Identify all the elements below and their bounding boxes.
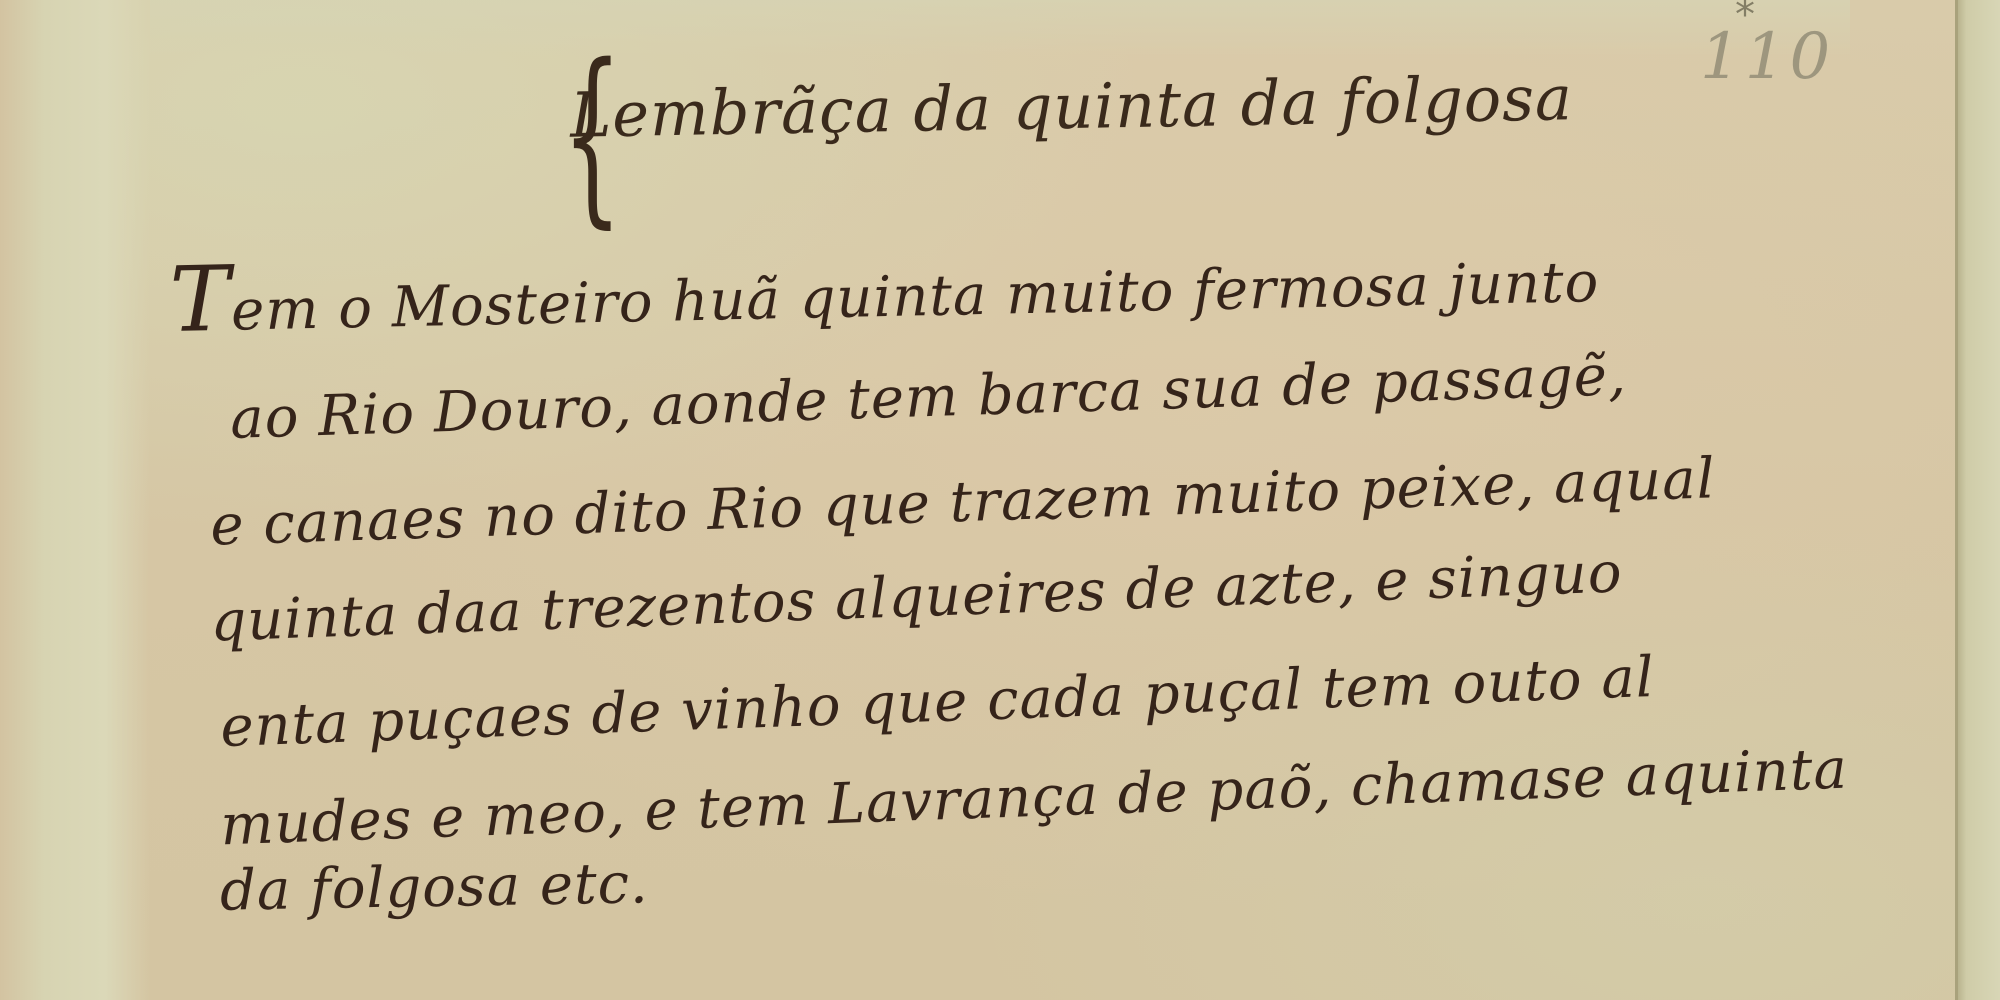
folio-number: 110 [1700, 20, 1834, 94]
manuscript-line: e canaes no dito Rio que trazem muito pe… [209, 446, 1716, 558]
left-margin [0, 0, 150, 1000]
line-text: em o Mosteiro huã quinta muito fermosa j… [230, 250, 1599, 344]
decorated-initial: T [169, 247, 232, 353]
top-band [150, 0, 1850, 55]
manuscript-line: da folgosa etc. [219, 851, 649, 923]
manuscript-page: * 110 { Lembrãça da quinta da folgosa Te… [0, 0, 2000, 1000]
manuscript-line: Tem o Mosteiro huã quinta muito fermosa … [169, 250, 1599, 345]
manuscript-line: quinta daa trezentos alqueires de azte, … [209, 540, 1623, 654]
manuscript-line: mudes e meo, e tem Lavrança de paõ, cham… [219, 737, 1848, 859]
page-right-edge [1955, 0, 2000, 1000]
page-heading: Lembrãça da quinta da folgosa [569, 61, 1573, 151]
manuscript-line: enta puçaes de vinho que cada puçal tem … [219, 645, 1655, 760]
manuscript-line: ao Rio Douro, aonde tem barca sua de pas… [229, 343, 1627, 452]
